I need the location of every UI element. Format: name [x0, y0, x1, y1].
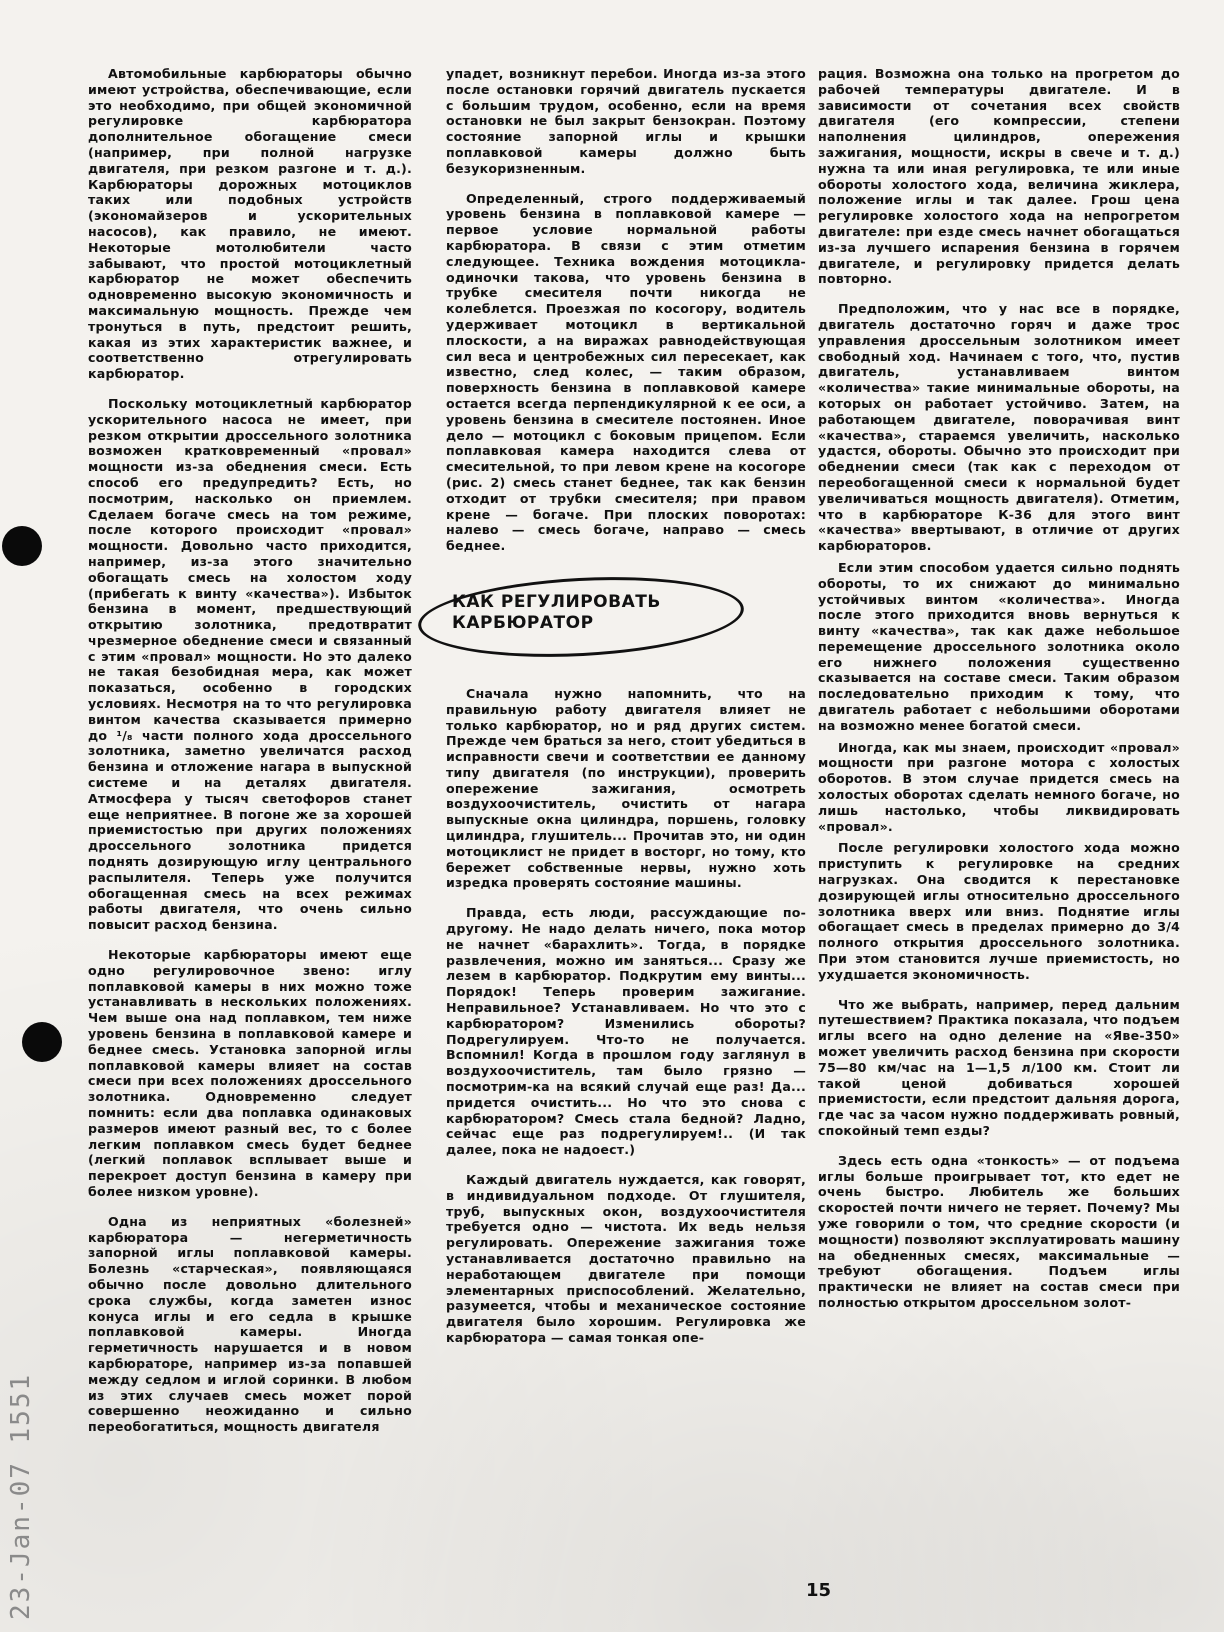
- paragraph: Предположим, что у нас все в порядке, дв…: [818, 301, 1180, 554]
- article-title: КАК РЕГУЛИРОВАТЬ КАРБЮРАТОР: [452, 592, 661, 634]
- paragraph: Определенный, строго поддерживаемый уров…: [446, 191, 806, 554]
- binder-hole: [2, 526, 42, 566]
- page-number: 15: [806, 1580, 831, 1601]
- title-line-1: КАК РЕГУЛИРОВАТЬ: [452, 592, 661, 613]
- paragraph: Здесь есть одна «тонкость» — от подъема …: [818, 1153, 1180, 1311]
- paragraph: Поскольку мотоциклетный карбюратор ускор…: [88, 396, 412, 933]
- paragraph: рация. Возможна она только на прогретом …: [818, 66, 1180, 287]
- paragraph: Что же выбрать, например, перед дальним …: [818, 997, 1180, 1139]
- text-column-2: упадет, возникнут перебои. Иногда из-за …: [446, 66, 806, 1360]
- archive-stamp: 23-Jan-07 1551: [6, 1373, 36, 1620]
- paragraph: Каждый двигатель нуждается, как говорят,…: [446, 1172, 806, 1346]
- paragraph: Если этим способом удается сильно поднят…: [818, 560, 1180, 734]
- text-column-3: рация. Возможна она только на прогретом …: [818, 66, 1180, 1325]
- paragraph: После регулировки холостого хода можно п…: [818, 840, 1180, 982]
- paragraph: Некоторые карбюраторы имеют еще одно рег…: [88, 947, 412, 1200]
- paragraph: Иногда, как мы знаем, происходит «провал…: [818, 740, 1180, 835]
- text-column-1: Автомобильные карбюраторы обычно имеют у…: [88, 66, 412, 1449]
- article-heading: КАК РЕГУЛИРОВАТЬ КАРБЮРАТОР: [418, 578, 748, 650]
- binder-hole: [22, 1022, 62, 1062]
- title-line-2: КАРБЮРАТОР: [452, 613, 661, 634]
- paragraph: Одна из неприятных «болезней» карбюратор…: [88, 1214, 412, 1435]
- paragraph: Сначала нужно напомнить, что на правильн…: [446, 686, 806, 891]
- paragraph: Автомобильные карбюраторы обычно имеют у…: [88, 66, 412, 382]
- paragraph: Правда, есть люди, рассуждающие по-друго…: [446, 905, 806, 1158]
- paragraph: упадет, возникнут перебои. Иногда из-за …: [446, 66, 806, 177]
